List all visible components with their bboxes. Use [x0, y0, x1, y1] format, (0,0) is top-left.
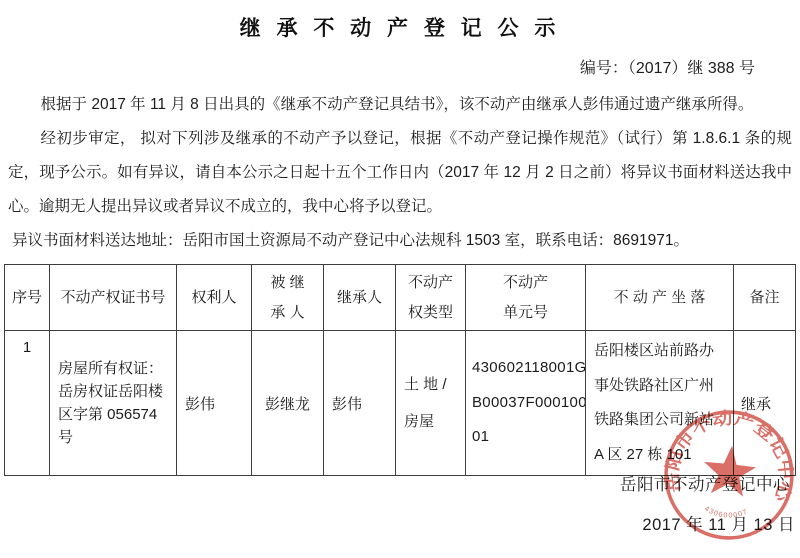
- header-property-type: 不动产 权类型: [396, 265, 466, 331]
- page-title: 继 承 不 动 产 登 记 公 示: [0, 12, 800, 42]
- cell-note: 继承: [734, 331, 796, 476]
- header-seq: 序号: [5, 265, 50, 331]
- cell-decedent: 彭继龙: [252, 331, 324, 476]
- issue-date: 2017 年 11 月 13 日: [642, 511, 795, 535]
- property-table: 序号 不动产权证书号 权利人 被 继 承 人 继承人 不动产 权类型 不动产 单…: [4, 264, 796, 476]
- header-unit-no: 不动产 单元号: [466, 265, 586, 331]
- cell-unit-no: 430602118001G B00037F000100 01: [466, 331, 586, 476]
- header-decedent: 被 继 承 人: [252, 265, 324, 331]
- cell-location: 岳阳楼区站前路办 事处铁路社区广州 铁路集团公司新站 A 区 27 栋 101: [586, 331, 734, 476]
- header-heir: 继承人: [324, 265, 396, 331]
- header-note: 备注: [734, 265, 796, 331]
- notice-body: 根据于 2017 年 11 月 8 日出具的《继承不动产登记具结书》，该不动产由…: [8, 88, 792, 258]
- cell-heir: 彭伟: [324, 331, 396, 476]
- header-rights-holder: 权利人: [177, 265, 252, 331]
- cell-property-type: 土 地 / 房屋: [396, 331, 466, 476]
- header-location: 不 动 产 坐 落: [586, 265, 734, 331]
- table-header-row: 序号 不动产权证书号 权利人 被 继 承 人 继承人 不动产 权类型 不动产 单…: [5, 265, 796, 331]
- header-certificate-no: 不动产权证书号: [50, 265, 177, 331]
- document-number: 编号：（2017）继 388 号: [0, 55, 755, 78]
- paragraph-contact: 异议书面材料送达地址：岳阳市国土资源局不动产登记中心法规科 1503 室，联系电…: [8, 224, 792, 258]
- cell-seq: 1: [5, 331, 50, 476]
- table-row: 1 房屋所有权证：岳房权证岳阳楼区字第 056574 号 彭伟 彭继龙 彭伟 土…: [5, 331, 796, 476]
- paragraph-publicity: 经初步审定， 拟对下列涉及继承的不动产予以登记，根据《不动产登记操作规范》（试行…: [8, 122, 792, 224]
- cell-rights-holder: 彭伟: [177, 331, 252, 476]
- paragraph-basis: 根据于 2017 年 11 月 8 日出具的《继承不动产登记具结书》，该不动产由…: [8, 88, 792, 122]
- cell-certificate-no: 房屋所有权证：岳房权证岳阳楼区字第 056574 号: [50, 331, 177, 476]
- issuer-signature: 岳阳市不动产登记中心: [620, 471, 790, 495]
